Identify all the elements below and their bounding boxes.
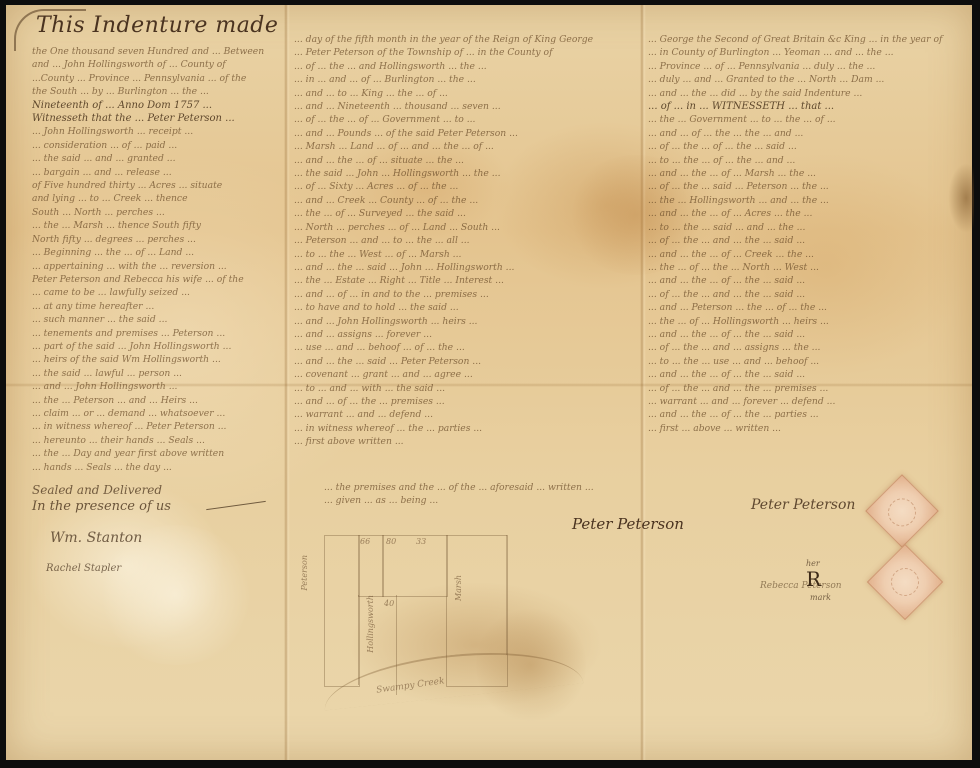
plat-label: Peterson	[300, 555, 309, 591]
text-line: ... and ... John Hollingsworth ...	[32, 380, 282, 393]
plat-label: 80	[386, 537, 396, 546]
text-line: ... the ... Peterson ... and ... Heirs .…	[32, 394, 282, 407]
text-line: ... came to be ... lawfully seized ...	[32, 286, 282, 299]
text-line: ... to ... the ... West ... of ... Marsh…	[294, 248, 638, 261]
plat-label: 33	[416, 537, 426, 546]
presence-label: In the presence of us	[32, 499, 171, 514]
faded-area	[96, 525, 256, 665]
text-line: ... Peterson ... and ... to ... the ... …	[294, 234, 638, 247]
mark-name: Rebecca Peterson	[760, 581, 842, 591]
witness-signature-2: Rachel Stapler	[46, 563, 121, 574]
text-line: South ... North ... perches ...	[32, 206, 282, 219]
text-line: ... John Hollingsworth ... receipt ...	[32, 125, 282, 138]
text-line: ... and ... of ... the ... the ... and .…	[648, 127, 966, 140]
mark-suffix: mark	[810, 593, 831, 602]
seal-upper	[865, 474, 939, 548]
text-line: ... given ... as ... being ...	[324, 494, 704, 507]
plat-lot	[324, 535, 360, 687]
text-line: ... to ... and ... with ... the said ...	[294, 382, 638, 395]
document-title: This Indenture made	[36, 13, 278, 38]
text-line: ... the ... of ... Surveyed ... the said…	[294, 207, 638, 220]
text-line: ... and ... the ... of ... Marsh ... the…	[648, 167, 966, 180]
seal-emboss	[882, 493, 922, 533]
text-line: ... Beginning ... the ... of ... Land ..…	[32, 246, 282, 259]
text-line: ... and ... of ... in and to the ... pre…	[294, 288, 638, 301]
text-line: ... of ... the ... said ... Peterson ...…	[648, 180, 966, 193]
text-line: ... claim ... or ... demand ... whatsoev…	[32, 407, 282, 420]
center-panel-text: ... day of the fifth month in the year o…	[294, 33, 638, 473]
text-line: ... of ... the ... and ... the ... premi…	[648, 382, 966, 395]
text-line: Peter Peterson and Rebecca his wife ... …	[32, 273, 282, 286]
text-line: ... to ... the ... use ... and ... behoo…	[648, 355, 966, 368]
text-line: ... duly ... and ... Granted to the ... …	[648, 73, 966, 86]
text-line: the South ... by ... Burlington ... the …	[32, 85, 282, 98]
text-line: ... in ... and ... of ... Burlington ...…	[294, 73, 638, 86]
text-line: and ... John Hollingsworth of ... County…	[32, 58, 282, 71]
text-line: ... the ... Marsh ... thence South fifty	[32, 219, 282, 232]
text-line: ... warrant ... and ... forever ... defe…	[648, 395, 966, 408]
text-line: ... to have and to hold ... the said ...	[294, 301, 638, 314]
text-line: ... and ... John Hollingsworth ... heirs…	[294, 315, 638, 328]
text-line: ... and ... the ... of ... the ... said …	[648, 328, 966, 341]
text-line: ... of ... Sixty ... Acres ... of ... th…	[294, 180, 638, 193]
text-line: ... consideration ... of ... paid ...	[32, 139, 282, 152]
text-line: ... George the Second of Great Britain &…	[648, 33, 966, 46]
text-line: ... the said ... and ... granted ...	[32, 152, 282, 165]
sealed-delivered-label: Sealed and Delivered	[32, 483, 162, 497]
text-line: ... of ... the ... and ... assigns ... t…	[648, 341, 966, 354]
text-line: ... of ... the ... of ... the ... said .…	[648, 140, 966, 153]
text-line: ... part of the said ... John Hollingswo…	[32, 340, 282, 353]
text-line: ... Peter Peterson of the Township of ..…	[294, 46, 638, 59]
parchment-sheet: This Indenture made the One thousand sev…	[6, 5, 972, 760]
seal-emboss	[885, 562, 925, 602]
plat-line	[358, 595, 359, 685]
text-line: ... in witness whereof ... Peter Peterso…	[32, 420, 282, 433]
text-line: ... to ... the ... said ... and ... the …	[648, 221, 966, 234]
text-line: ... the ... Estate ... Right ... Title .…	[294, 274, 638, 287]
text-line: ... warrant ... and ... defend ...	[294, 408, 638, 421]
text-line: ... and ... Creek ... County ... of ... …	[294, 194, 638, 207]
plat-label: Hollingsworth	[366, 595, 375, 653]
text-line: ... first ... above ... written ...	[648, 422, 966, 435]
text-line: Witnesseth that the ... Peter Peterson .…	[32, 112, 282, 125]
text-line: ... of ... the ... of ... Government ...…	[294, 113, 638, 126]
grantor-signature-center: Peter Peterson	[572, 515, 684, 533]
text-line: ... of ... the ... and ... the ... said …	[648, 288, 966, 301]
plat-line	[506, 535, 507, 655]
text-line: ... and ... the ... of ... situate ... t…	[294, 154, 638, 167]
text-line: ... the ... Day and year first above wri…	[32, 447, 282, 460]
text-line: ... and ... the ... did ... by the said …	[648, 87, 966, 100]
text-line: ... hands ... Seals ... the day ...	[32, 461, 282, 474]
text-line: ... the said ... lawful ... person ...	[32, 367, 282, 380]
text-line: ... the said ... John ... Hollingsworth …	[294, 167, 638, 180]
text-line: of Five hundred thirty ... Acres ... sit…	[32, 179, 282, 192]
text-line: ... heirs of the said Wm Hollingsworth .…	[32, 353, 282, 366]
text-line: ... the premises and the ... of the ... …	[324, 481, 704, 494]
text-line: ... and ... the ... said ... John ... Ho…	[294, 261, 638, 274]
text-line: and lying ... to ... Creek ... thence	[32, 192, 282, 205]
plat-label: 66	[360, 537, 370, 546]
text-line: the One thousand seven Hundred and ... B…	[32, 45, 282, 58]
text-line: ... Province ... of ... Pennsylvania ...…	[648, 60, 966, 73]
text-line: ... Marsh ... Land ... of ... and ... th…	[294, 140, 638, 153]
text-line: ... at any time hereafter ...	[32, 300, 282, 313]
text-line: ... and ... the ... said ... Peter Peter…	[294, 355, 638, 368]
text-line: ... and ... the ... of ... Creek ... the…	[648, 248, 966, 261]
text-line: ... hereunto ... their hands ... Seals .…	[32, 434, 282, 447]
footer-text: ... the premises and the ... of the ... …	[324, 481, 704, 511]
text-line: ... first above written ...	[294, 435, 638, 448]
text-line: ... and ... the ... of ... the ... said …	[648, 274, 966, 287]
text-line: ... the ... Government ... to ... the ..…	[648, 113, 966, 126]
mark-symbol: R	[806, 567, 821, 591]
text-line: ... such manner ... the said ...	[32, 313, 282, 326]
right-panel-text: ... George the Second of Great Britain &…	[648, 33, 966, 473]
text-line: ... and ... to ... King ... the ... of .…	[294, 87, 638, 100]
text-line: Nineteenth of ... Anno Dom 1757 ...	[32, 99, 282, 112]
text-line: ... of ... in ... WITNESSETH ... that ..…	[648, 100, 966, 113]
text-line: ... the ... of ... Hollingsworth ... hei…	[648, 315, 966, 328]
text-line: ... in County of Burlington ... Yeoman .…	[648, 46, 966, 59]
text-line: ... and ... the ... of ... the ... parti…	[648, 408, 966, 421]
text-line: ... and ... the ... of ... Acres ... the…	[648, 207, 966, 220]
text-line: ... and ... of ... the ... premises ...	[294, 395, 638, 408]
text-line: ... to ... the ... of ... the ... and ..…	[648, 154, 966, 167]
text-line: ... of ... the ... and ... the ... said …	[648, 234, 966, 247]
text-line: ...County ... Province ... Pennsylvania …	[32, 72, 282, 85]
signature-flourish	[206, 501, 266, 510]
seal-lower	[867, 544, 943, 620]
text-line: ... and ... Nineteenth ... thousand ... …	[294, 100, 638, 113]
text-line: ... day of the fifth month in the year o…	[294, 33, 638, 46]
text-line: ... appertaining ... with the ... revers…	[32, 260, 282, 273]
text-line: ... the ... Hollingsworth ... and ... th…	[648, 194, 966, 207]
text-line: ... use ... and ... behoof ... of ... th…	[294, 341, 638, 354]
text-line: ... and ... the ... of ... the ... said …	[648, 368, 966, 381]
text-line: ... covenant ... grant ... and ... agree…	[294, 368, 638, 381]
text-line: North fifty ... degrees ... perches ...	[32, 233, 282, 246]
text-line: ... and ... assigns ... forever ...	[294, 328, 638, 341]
document-frame: This Indenture made the One thousand sev…	[0, 0, 980, 768]
grantor-signature-right: Peter Peterson	[751, 497, 855, 513]
plat-label: 40	[384, 599, 394, 608]
text-line: ... North ... perches ... of ... Land ..…	[294, 221, 638, 234]
plat-label: Marsh	[454, 575, 463, 601]
text-line: ... of ... the ... and Hollingsworth ...…	[294, 60, 638, 73]
text-line: ... the ... of ... the ... North ... Wes…	[648, 261, 966, 274]
text-line: ... in witness whereof ... the ... parti…	[294, 422, 638, 435]
text-line: ... and ... Pounds ... of the said Peter…	[294, 127, 638, 140]
left-panel-text: the One thousand seven Hundred and ... B…	[32, 45, 282, 495]
text-line: ... bargain ... and ... release ...	[32, 166, 282, 179]
witness-signature-1: Wm. Stanton	[50, 530, 142, 546]
text-line: ... and ... Peterson ... the ... of ... …	[648, 301, 966, 314]
text-line: ... tenements and premises ... Peterson …	[32, 327, 282, 340]
